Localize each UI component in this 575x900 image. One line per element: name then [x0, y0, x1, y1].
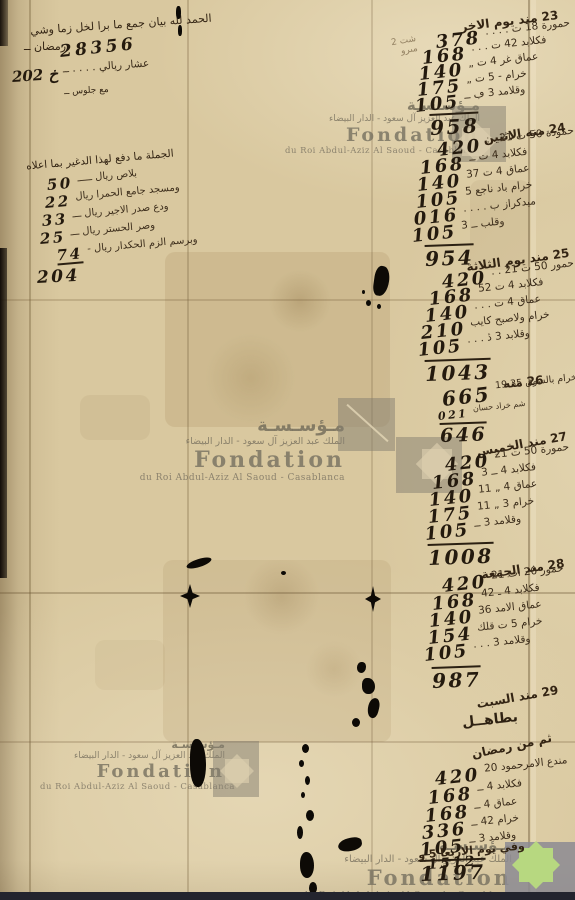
- row-value: 50: [46, 176, 73, 193]
- row-value: 105: [417, 337, 464, 360]
- watermark-french-subtitle: du Roi Abdul-Aziz Al Saoud - Casablanca: [40, 782, 225, 792]
- ink-blot: [366, 300, 371, 306]
- page-edge-shadow: [0, 0, 8, 46]
- fold-crease-vertical: [371, 0, 373, 900]
- total-value: 958: [429, 111, 479, 138]
- ledger-row: خ 202 عشار ريالي . . . . ــ: [11, 60, 150, 85]
- ledger-total-row: 1043: [425, 358, 491, 384]
- row-value: 1512: [428, 855, 478, 872]
- watermark-arabic-title: مـؤسـسـة: [125, 415, 345, 436]
- document-page: مـؤسـسـة الملك عبد العزيز آل سعود - الدا…: [0, 0, 575, 900]
- ledger-total-row: 204: [37, 268, 81, 287]
- ink-blot: [309, 882, 317, 894]
- total-value: 987: [432, 665, 482, 691]
- pencil-note: شت 2 مىرو: [390, 34, 418, 58]
- ink-blot: [362, 678, 375, 694]
- ink-blot: [352, 718, 360, 727]
- watermark-lower-left: مـؤسـسـة الملك عبد العزيز آل سعود - الدا…: [40, 738, 225, 792]
- ink-blot: [337, 836, 363, 853]
- watermark-middle: مـؤسـسـة الملك عبد العزيز آل سعود - الدا…: [125, 415, 345, 483]
- ink-blot: [377, 304, 381, 309]
- watermark-french-subtitle: du Roi Abdul-Aziz Al Saoud - Casablanca: [302, 890, 512, 900]
- ink-blot: [190, 739, 206, 787]
- watermark-star-block: [213, 741, 259, 797]
- eight-point-star-icon: [225, 759, 249, 783]
- row-label: بلاص ريال ـــــ: [77, 168, 138, 184]
- ink-blot: [299, 760, 304, 767]
- page-edge-shadow: [0, 248, 7, 578]
- paper-stain: [163, 560, 391, 742]
- row-label: وقلب ــ 3: [461, 216, 505, 232]
- ink-blot: [365, 586, 381, 612]
- ink-blot: [297, 826, 303, 839]
- eight-point-star-icon: [519, 848, 553, 882]
- ink-blot: [372, 265, 391, 297]
- row-value: 22: [44, 194, 71, 211]
- ink-blot: [185, 555, 212, 571]
- ledger-total-row: 646: [440, 421, 488, 446]
- row-label: مندع الامرحمود 20: [484, 755, 568, 775]
- ledger-total-row: 1008: [428, 542, 494, 568]
- ink-blot: [306, 810, 314, 821]
- note-line: مع جلوس ــ: [64, 85, 109, 97]
- watermark-french-title: Fondation: [40, 761, 225, 782]
- ledger-total-row: 987: [432, 665, 482, 691]
- row-value: 105: [411, 223, 458, 246]
- row-value: 021: [437, 408, 468, 422]
- ink-blot: [357, 662, 366, 673]
- total-value: 1008: [428, 542, 494, 568]
- watermark-french-title: Fondation: [125, 447, 345, 473]
- total-value: 204: [37, 268, 81, 287]
- watermark-arabic-subtitle: الملك عبد العزيز آل سعود - الدار البيضاء: [125, 436, 345, 447]
- row-value: 25: [39, 230, 66, 247]
- ink-blot: [305, 776, 310, 785]
- ledger-row: 1512: [428, 855, 478, 872]
- row-label: وقلامد 3 ــ: [474, 514, 522, 530]
- paper-stain: [95, 640, 165, 690]
- row-label: عماق 4 ــ: [474, 796, 518, 812]
- ink-blot: [366, 697, 382, 719]
- ink-blot: [281, 571, 286, 575]
- row-value: خ 202: [11, 67, 58, 85]
- watermark-french-subtitle: du Roi Abdul-Aziz Al Saoud - Casablanca: [125, 473, 345, 483]
- total-value: 646: [440, 421, 488, 446]
- payments-header: الجملة ما دفع لهذا الدغير بما اعلاه: [26, 148, 174, 173]
- watermark-arabic-subtitle: الملك عبد العزيز آل سعود - الدار البيضاء: [40, 751, 225, 761]
- total-value: 1043: [425, 358, 491, 384]
- row-value: 74: [56, 246, 83, 265]
- ink-blot: [302, 744, 309, 753]
- watermark-arabic-title: مـؤسـسـة: [40, 738, 225, 751]
- paper-stain: [165, 252, 390, 427]
- page-bottom-edge: [0, 892, 575, 900]
- row-value: 28356: [59, 36, 137, 61]
- ledger-total-row: 958: [429, 111, 479, 138]
- diagonal-line: [346, 404, 388, 442]
- row-value: 33: [41, 212, 68, 229]
- ledger-row: 28356: [59, 36, 137, 61]
- fold-crease-vertical: [187, 0, 189, 900]
- idle-note: بطاهــل: [461, 709, 518, 731]
- row-value: 105: [423, 642, 470, 665]
- ink-blot: [180, 584, 200, 608]
- paper-stain: [80, 395, 150, 440]
- row-label: عشار ريالي . . . . ــ: [62, 58, 149, 76]
- ink-blot: [362, 290, 365, 294]
- watermark-star-block: [338, 398, 395, 451]
- note-line: الحمد لله بيان جمع ما برا لخل زما وشي: [30, 12, 212, 38]
- ink-blot: [301, 792, 305, 798]
- day-header: 29 مند السبت: [475, 683, 559, 711]
- row-label: فكلابد 4 ــ: [477, 778, 523, 794]
- ink-blot: [300, 852, 314, 878]
- fold-crease-vertical: [29, 0, 31, 900]
- row-label: خرام 42 ــ: [471, 813, 520, 829]
- row-value: 105: [424, 521, 471, 544]
